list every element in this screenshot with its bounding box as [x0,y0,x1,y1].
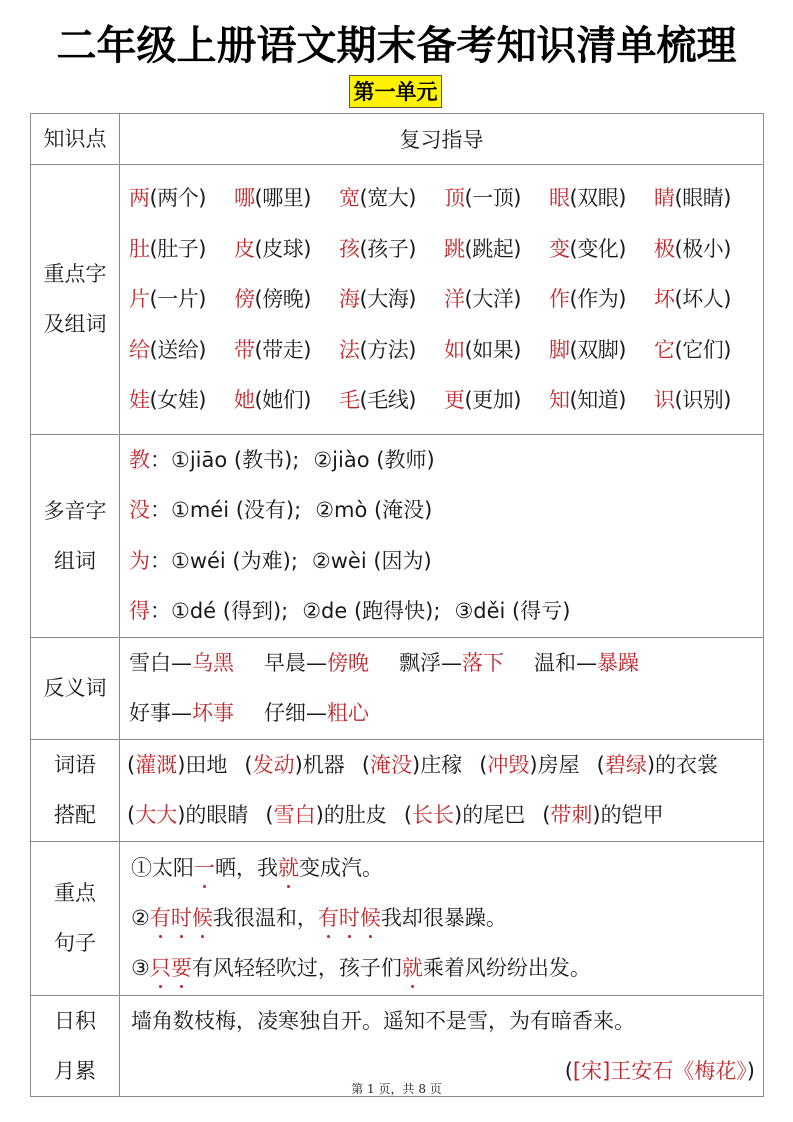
reading: ②jiào (教师) [313,435,434,486]
collocation-line: (大大)的眼睛(雪白)的肚皮(长长)的尾巴(带刺)的铠甲 [127,790,763,841]
char-item: 孩(孩子) [339,224,444,275]
key-char: 顶 [444,186,465,210]
char-item: 作(作为) [549,274,654,325]
example-word: (更加) [465,388,521,412]
example-word: (它们) [675,338,731,362]
key-char: 带 [234,338,255,362]
char-item: 宽(宽大) [339,173,444,224]
char-item: 顶(一顶) [444,173,549,224]
char-item: 睛(眼睛) [654,173,759,224]
example-word: (宽大) [360,186,416,210]
reading: ①dé (得到); [171,586,288,637]
poem-text: 墙角数枝梅，凌寒独自开。遥知不是雪，为有暗香来。 [129,996,763,1046]
char-item: 极(极小) [654,224,759,275]
reading: ③děi (得亏) [454,586,570,637]
sentence-text: 我却很暴躁。 [381,906,507,930]
example-word: (识别) [675,388,731,412]
key-word: 长长 [412,803,454,827]
key-chars-content: 两(两个)哪(哪里)宽(宽大)顶(一顶)眼(双眼)睛(眼睛)肚(肚子)皮(皮球)… [120,165,764,435]
emphasized-word: 有时候 [150,906,213,930]
antonym: 坏事 [192,701,234,725]
example-word: (双脚) [570,338,626,362]
antonym-line: 好事—坏事仔细—粗心 [129,688,763,739]
header-knowledge-point: 知识点 [31,114,120,165]
emphasized-char: 就 [278,843,299,893]
dash: — [306,701,327,725]
reading: ②wèi (因为) [312,536,432,587]
key-char: 睛 [654,186,675,210]
paren: ( [127,753,135,777]
collocation: (淹没)庄稼 [362,740,462,791]
example-word: (毛线) [360,388,416,412]
example-word: (坏人) [675,287,731,311]
word: 早晨 [264,651,306,675]
collocation: (带刺)的铠甲 [542,790,663,841]
polyphone-char: 得 [129,599,150,623]
char-item: 两(两个) [129,173,234,224]
sentence-text: 我很温和， [213,906,318,930]
key-sentence: ①太阳一晒，我就变成汽。 [129,843,763,893]
key-char: 片 [129,287,150,311]
collocations-content: (灌溉)田地(发动)机器(淹没)庄稼(冲毁)房屋(碧绿)的衣裳(大大)的眼睛(雪… [120,739,764,841]
word: 温和 [534,651,576,675]
reading: ②mò (淹没) [315,485,432,536]
key-char: 极 [654,237,675,261]
page-footer: 第 1 页，共 8 页 [0,1079,793,1099]
key-char: 跳 [444,237,465,261]
key-char: 肚 [129,237,150,261]
char-item: 如(如果) [444,325,549,376]
key-char: 洋 [444,287,465,311]
emphasized-char: 候 [192,893,213,943]
key-char: 哪 [234,186,255,210]
emphasized-word: 就 [402,956,423,980]
paren: ( [597,753,605,777]
phrase: )的肚皮 [316,803,387,827]
example-word: (大海) [360,287,416,311]
antonym: 暴躁 [597,651,639,675]
sentence-text: ② [131,906,150,930]
unit-badge: 第一单元 [349,75,442,108]
word: 仔细 [264,701,306,725]
colon: ： [150,448,171,472]
row-sentences: 重点 句子 ①太阳一晒，我就变成汽。②有时候我很温和，有时候我却很暴躁。③只要有… [31,841,764,995]
label-line: 词语 [31,740,119,790]
example-word: (跳起) [465,237,521,261]
example-word: (哪里) [255,186,311,210]
char-item: 识(识别) [654,375,759,426]
phrase: )的尾巴 [454,803,525,827]
example-word: (孩子) [360,237,416,261]
collocation: (雪白)的肚皮 [265,790,386,841]
label-line: 及组词 [31,299,119,349]
sentence-text: 变成汽。 [299,856,383,880]
antonym-pair: 早晨—傍晚 [264,638,369,689]
key-char: 如 [444,338,465,362]
example-word: (一顶) [465,186,521,210]
row-collocations: 词语 搭配 (灌溉)田地(发动)机器(淹没)庄稼(冲毁)房屋(碧绿)的衣裳(大大… [31,739,764,841]
reading: ①jiāo (教书); [171,435,299,486]
example-word: (如果) [465,338,521,362]
example-word: (两个) [150,186,206,210]
example-word: (方法) [360,338,416,362]
char-item: 娃(女娃) [129,375,234,426]
emphasized-word: 只要 [150,956,192,980]
sentences-content: ①太阳一晒，我就变成汽。②有时候我很温和，有时候我却很暴躁。③只要有风轻轻吹过，… [120,841,764,995]
char-item: 哪(哪里) [234,173,339,224]
char-item: 法(方法) [339,325,444,376]
label-sentences: 重点 句子 [31,841,120,995]
sentence-text: ③ [131,956,150,980]
reading: ①wéi (为难); [171,536,298,587]
antonym: 粗心 [327,701,369,725]
polyphone-char: 为 [129,549,150,573]
example-word: (极小) [675,237,731,261]
antonym-pair: 好事—坏事 [129,688,234,739]
key-char: 识 [654,388,675,412]
phrase: )的眼睛 [177,803,248,827]
label-collocations: 词语 搭配 [31,739,120,841]
collocation: (碧绿)的衣裳 [597,740,718,791]
paren: ( [127,803,135,827]
example-word: (傍晚) [255,287,311,311]
paren: ( [265,803,273,827]
emphasized-char: 候 [360,893,381,943]
label-line: 组词 [31,536,119,586]
char-item: 知(知道) [549,375,654,426]
example-word: (一片) [150,287,206,311]
key-char: 傍 [234,287,255,311]
phrase: )房屋 [529,753,579,777]
char-item: 她(她们) [234,375,339,426]
label-line: 重点 [31,868,119,918]
key-char: 娃 [129,388,150,412]
key-char: 她 [234,388,255,412]
example-word: (知道) [570,388,626,412]
example-word: (变化) [570,237,626,261]
colon: ： [150,599,171,623]
char-item: 傍(傍晚) [234,274,339,325]
char-item: 洋(大洋) [444,274,549,325]
example-word: (皮球) [255,237,311,261]
dash: — [576,651,597,675]
key-char: 海 [339,287,360,311]
phrase: )庄稼 [412,753,462,777]
emphasized-char: 就 [402,943,423,993]
sentence-text: 乘着风纷纷出发。 [423,956,591,980]
emphasized-word: 有时候 [318,906,381,930]
antonym-pair: 飘浮—落下 [399,638,504,689]
antonym: 落下 [462,651,504,675]
collocation: (发动)机器 [244,740,344,791]
colon: ： [150,498,171,522]
page-title: 二年级上册语文期末备考知识清单梳理 [0,18,793,74]
antonym-pair: 温和—暴躁 [534,638,639,689]
key-word: 带刺 [550,803,592,827]
key-sentence: ②有时候我很温和，有时候我却很暴躁。 [129,893,763,943]
example-word: (大洋) [465,287,521,311]
sentence-text: ①太阳 [131,856,194,880]
phrase: )田地 [177,753,227,777]
phrase: )的衣裳 [647,753,718,777]
collocation: (长长)的尾巴 [404,790,525,841]
polyphone-item: 为：①wéi (为难);②wèi (因为) [129,536,763,587]
polyphone-item: 没：①méi (没有);②mò (淹没) [129,485,763,536]
sentence-text: 晒，我 [215,856,278,880]
key-char: 法 [339,338,360,362]
key-char: 作 [549,287,570,311]
key-char: 它 [654,338,675,362]
colon: ： [150,549,171,573]
example-word: (女娃) [150,388,206,412]
header-review-guide: 复习指导 [120,114,764,165]
row-key-chars: 重点字 及组词 两(两个)哪(哪里)宽(宽大)顶(一顶)眼(双眼)睛(眼睛)肚(… [31,165,764,435]
polyphone-char: 没 [129,498,150,522]
example-word: (作为) [570,287,626,311]
char-item: 坏(坏人) [654,274,759,325]
phrase: )机器 [295,753,345,777]
char-item: 它(它们) [654,325,759,376]
emphasized-char: 一 [194,843,215,893]
emphasized-char: 只 [150,943,171,993]
char-item: 变(变化) [549,224,654,275]
emphasized-char: 有 [318,893,339,943]
table-header-row: 知识点 复习指导 [31,114,764,165]
example-word: (双眼) [570,186,626,210]
key-char: 眼 [549,186,570,210]
key-char: 两 [129,186,150,210]
char-item: 更(更加) [444,375,549,426]
antonyms-content: 雪白—乌黑早晨—傍晚飘浮—落下温和—暴躁好事—坏事仔细—粗心 [120,637,764,739]
label-line: 多音字 [31,486,119,536]
polyphone-item: 教：①jiāo (教书);②jiào (教师) [129,435,763,486]
key-char: 孩 [339,237,360,261]
label-line: 搭配 [31,790,119,840]
row-antonyms: 反义词 雪白—乌黑早晨—傍晚飘浮—落下温和—暴躁好事—坏事仔细—粗心 [31,637,764,739]
paren: ( [362,753,370,777]
char-item: 毛(毛线) [339,375,444,426]
key-word: 冲毁 [487,753,529,777]
collocation: (冲毁)房屋 [479,740,579,791]
label-key-chars: 重点字 及组词 [31,165,120,435]
knowledge-table: 知识点 复习指导 重点字 及组词 两(两个)哪(哪里)宽(宽大)顶(一顶)眼(双… [30,113,764,1097]
antonym-pair: 雪白—乌黑 [129,638,234,689]
example-word: (她们) [255,388,311,412]
char-item: 肚(肚子) [129,224,234,275]
polyphones-content: 教：①jiāo (教书);②jiào (教师)没：①méi (没有);②mò (… [120,434,764,637]
char-item: 片(一片) [129,274,234,325]
char-item: 海(大海) [339,274,444,325]
reading: ①méi (没有); [171,485,301,536]
paren: ( [404,803,412,827]
polyphone-item: 得：①dé (得到);②de (跑得快);③děi (得亏) [129,586,763,637]
antonym-pair: 仔细—粗心 [264,688,369,739]
dash: — [171,651,192,675]
emphasized-char: 时 [339,893,360,943]
key-char: 变 [549,237,570,261]
row-polyphones: 多音字 组词 教：①jiāo (教书);②jiào (教师)没：①méi (没有… [31,434,764,637]
key-char: 坏 [654,287,675,311]
phrase: )的铠甲 [592,803,663,827]
emphasized-word: 就 [278,856,299,880]
paren: ( [244,753,252,777]
emphasized-word: 一 [194,856,215,880]
word: 雪白 [129,651,171,675]
key-char: 皮 [234,237,255,261]
key-word: 淹没 [370,753,412,777]
collocation: (灌溉)田地 [127,740,227,791]
emphasized-char: 有 [150,893,171,943]
word: 好事 [129,701,171,725]
antonym: 乌黑 [192,651,234,675]
key-char: 毛 [339,388,360,412]
key-word: 碧绿 [605,753,647,777]
key-word: 发动 [253,753,295,777]
example-word: (眼睛) [675,186,731,210]
sentence-text: 有风轻轻吹过，孩子们 [192,956,402,980]
polyphone-char: 教 [129,448,150,472]
dash: — [306,651,327,675]
emphasized-char: 时 [171,893,192,943]
label-line: 重点字 [31,249,119,299]
example-word: (送给) [150,338,206,362]
key-char: 知 [549,388,570,412]
char-item: 带(带走) [234,325,339,376]
label-line: 日积 [31,996,119,1046]
char-item: 皮(皮球) [234,224,339,275]
key-sentence: ③只要有风轻轻吹过，孩子们就乘着风纷纷出发。 [129,943,763,993]
example-word: (带走) [255,338,311,362]
char-item: 跳(跳起) [444,224,549,275]
dash: — [441,651,462,675]
char-grid: 两(两个)哪(哪里)宽(宽大)顶(一顶)眼(双眼)睛(眼睛)肚(肚子)皮(皮球)… [129,165,763,434]
label-line: 句子 [31,918,119,968]
char-item: 给(送给) [129,325,234,376]
reading: ②de (跑得快); [302,586,440,637]
key-char: 给 [129,338,150,362]
key-char: 更 [444,388,465,412]
key-char: 宽 [339,186,360,210]
dash: — [171,701,192,725]
key-word: 灌溉 [135,753,177,777]
word: 飘浮 [399,651,441,675]
char-item: 眼(双眼) [549,173,654,224]
emphasized-char: 要 [171,943,192,993]
key-char: 脚 [549,338,570,362]
example-word: (肚子) [150,237,206,261]
antonym-line: 雪白—乌黑早晨—傍晚飘浮—落下温和—暴躁 [129,638,763,689]
collocation: (大大)的眼睛 [127,790,248,841]
label-polyphones: 多音字 组词 [31,434,120,637]
char-item: 脚(双脚) [549,325,654,376]
key-word: 雪白 [274,803,316,827]
label-antonyms: 反义词 [31,637,120,739]
key-word: 大大 [135,803,177,827]
collocation-line: (灌溉)田地(发动)机器(淹没)庄稼(冲毁)房屋(碧绿)的衣裳 [127,740,763,791]
antonym: 傍晚 [327,651,369,675]
